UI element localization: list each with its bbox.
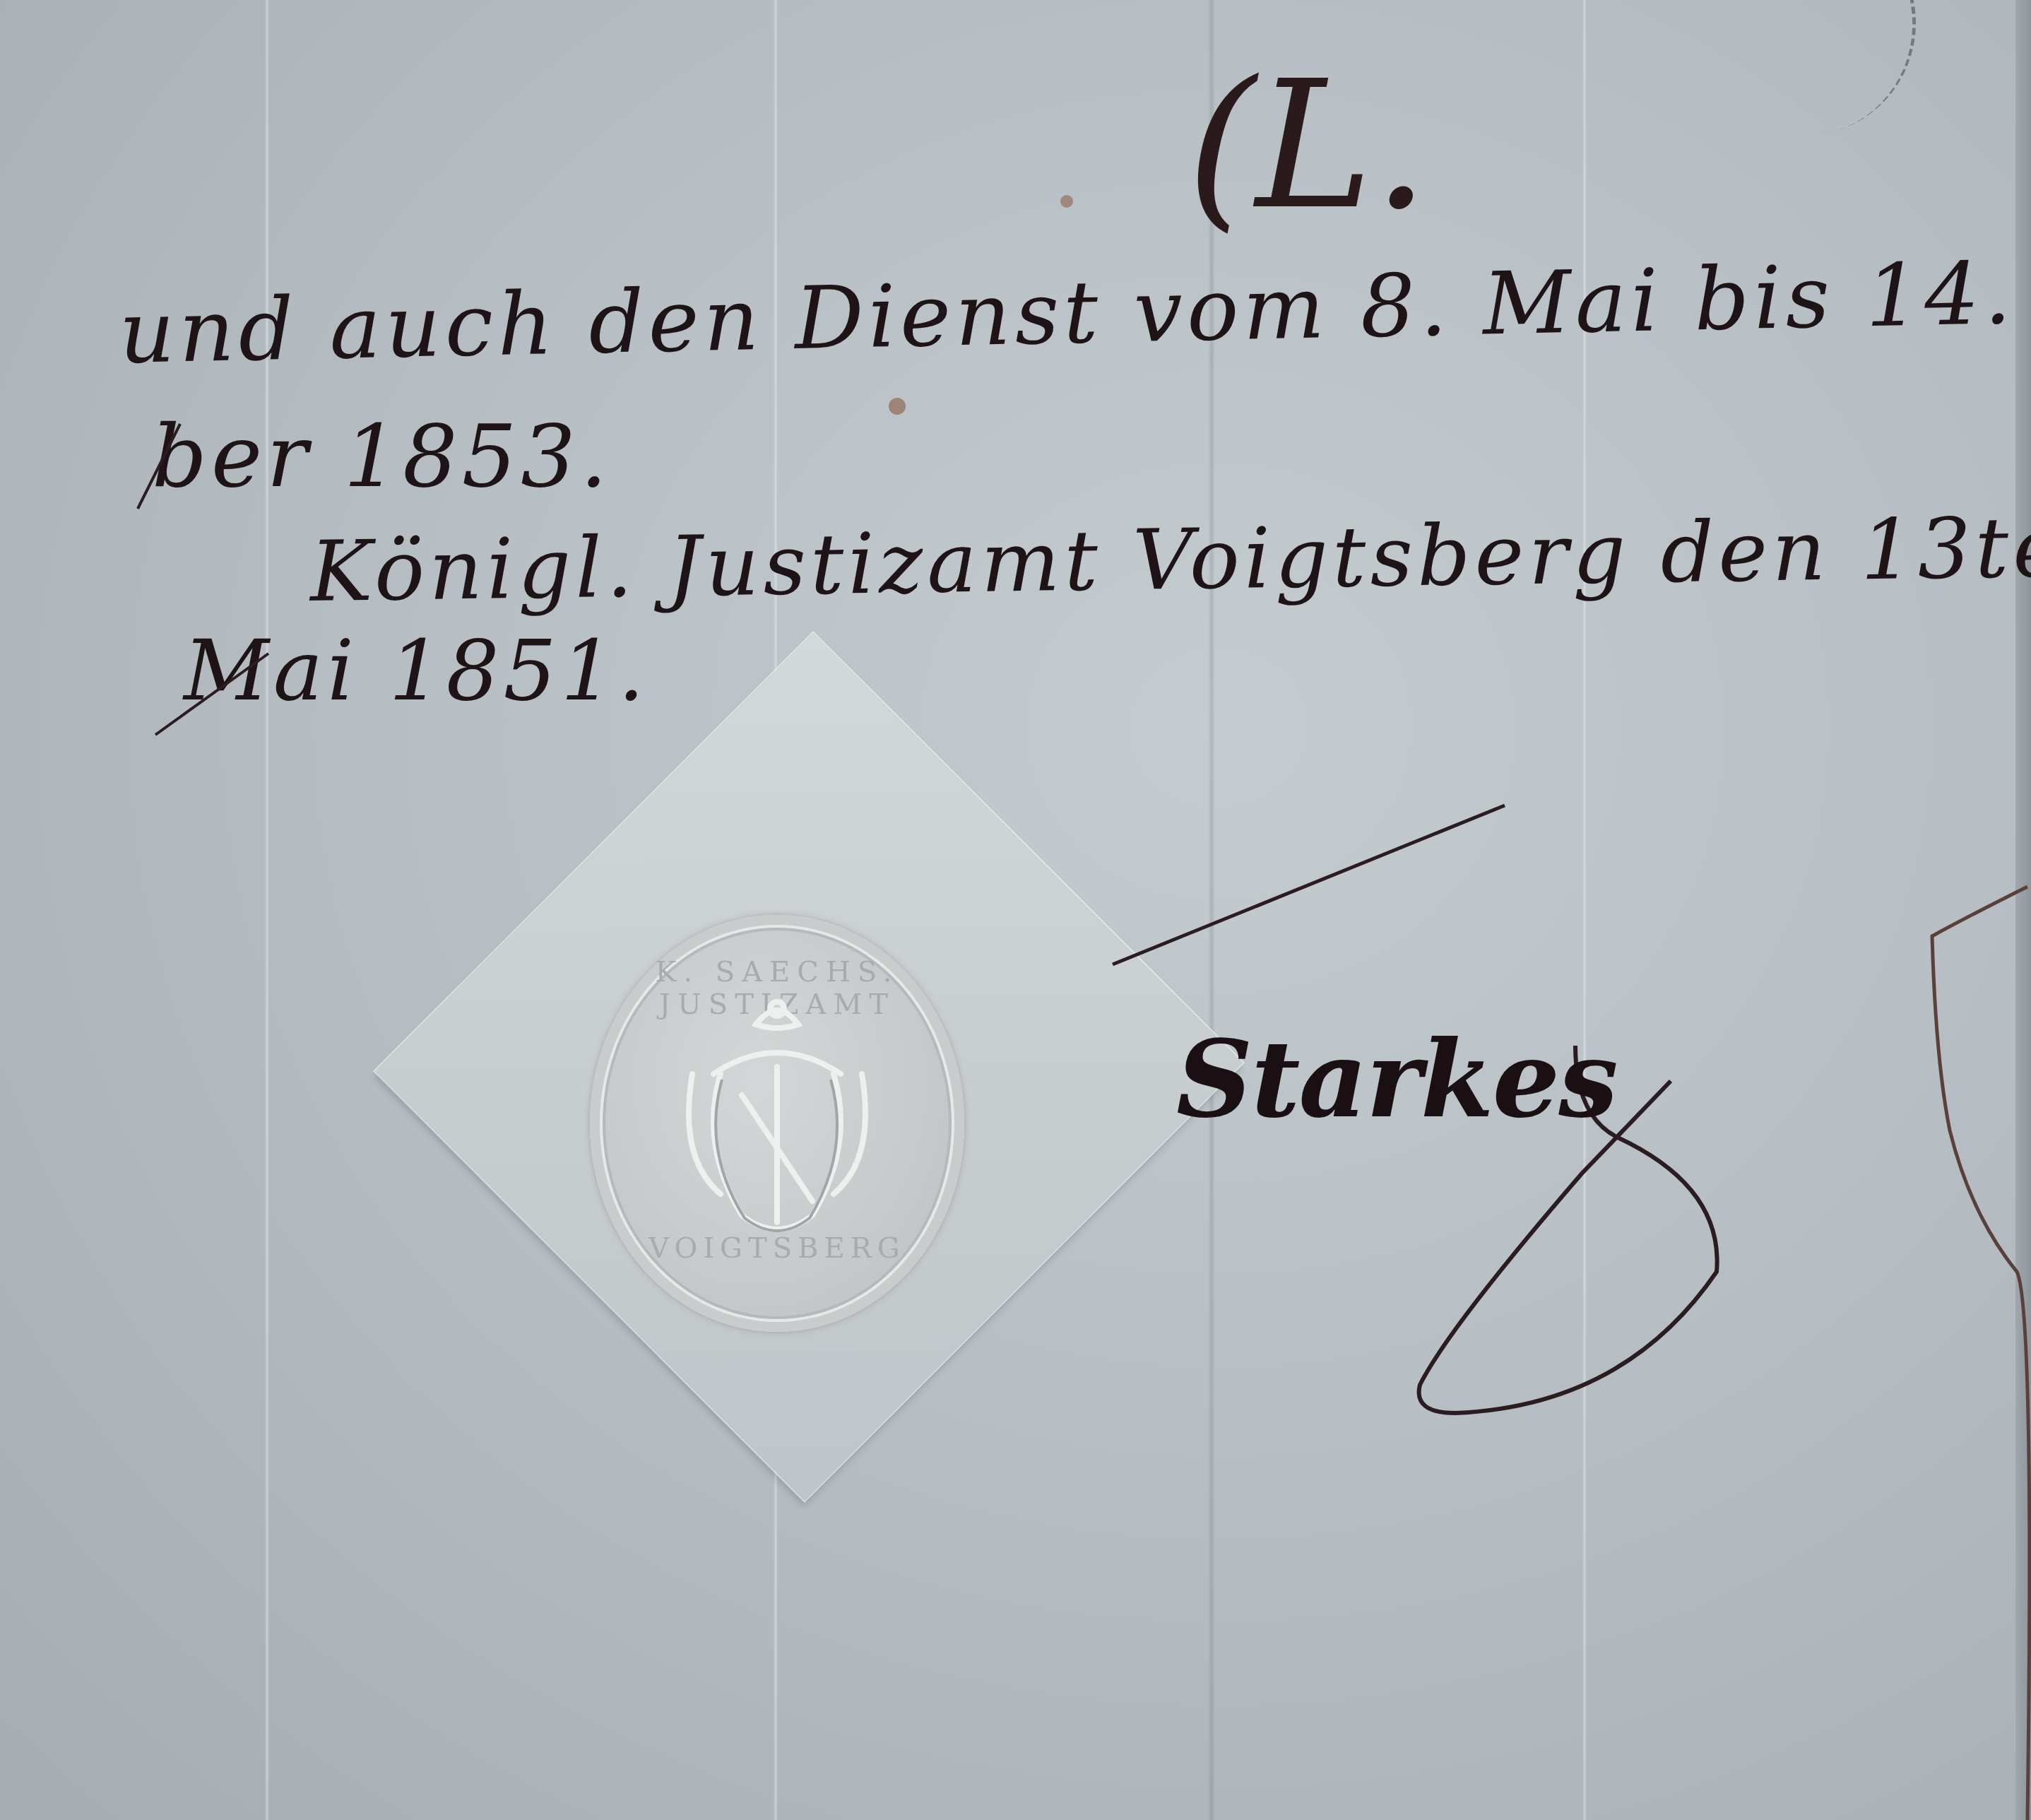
signature: Starkes [1176, 1017, 1617, 1142]
flourish-line [1113, 805, 1505, 964]
pen-strokes [0, 0, 2031, 1820]
